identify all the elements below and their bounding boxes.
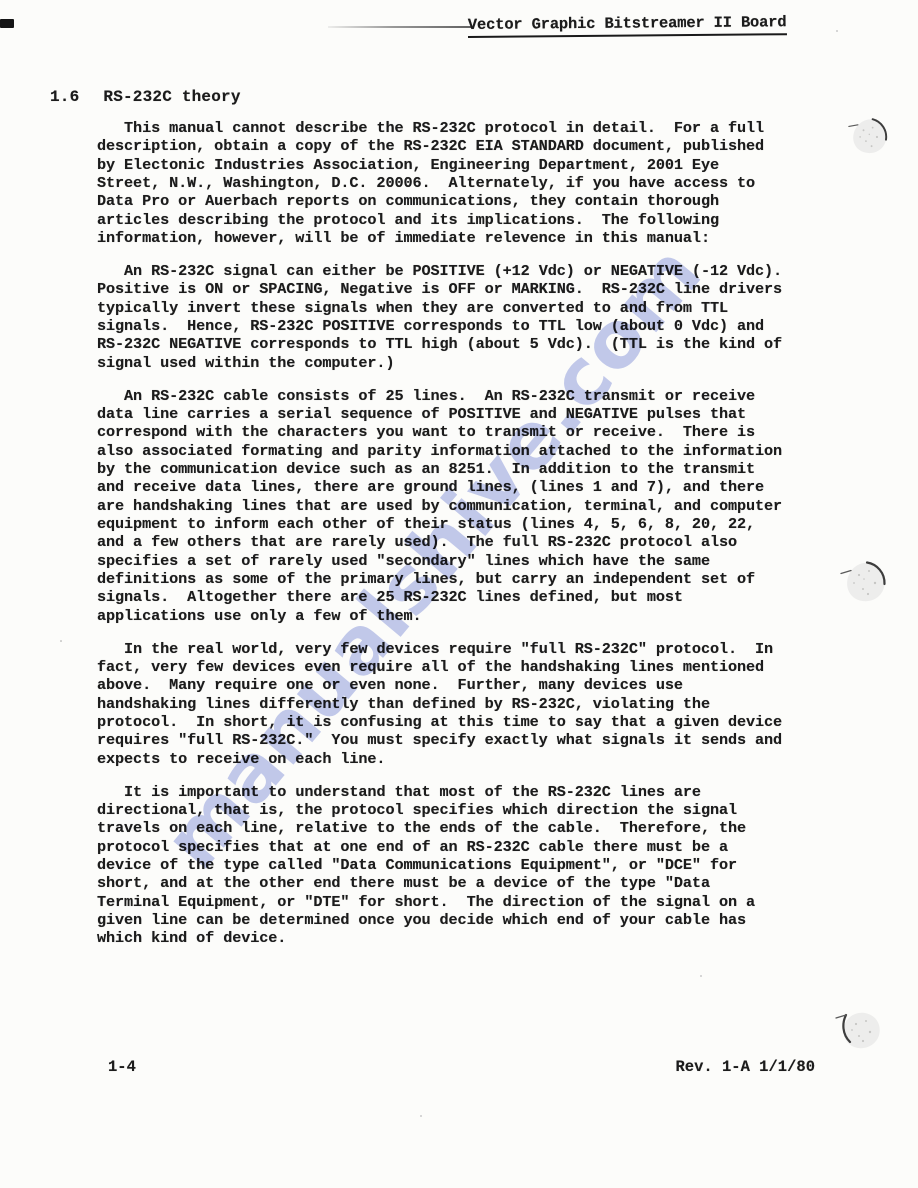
paper-speck bbox=[420, 1115, 422, 1117]
page-footer: 1-4 Rev. 1-A 1/1/80 bbox=[108, 1058, 815, 1076]
scanned-manual-page: Vector Graphic Bitstreamer II Board 1.6R… bbox=[0, 0, 918, 1188]
section-heading: 1.6RS-232C theory bbox=[50, 88, 241, 106]
running-header-title: Vector Graphic Bitstreamer II Board bbox=[468, 13, 787, 38]
revision-date: Rev. 1-A 1/1/80 bbox=[675, 1058, 815, 1076]
paragraph-directional: It is important to understand that most … bbox=[97, 783, 813, 948]
paragraph-real-world: In the real world, very few devices requ… bbox=[97, 640, 813, 768]
punch-hole-mark bbox=[834, 1006, 888, 1056]
paper-speck bbox=[226, 94, 228, 96]
paragraph-intro: This manual cannot describe the RS-232C … bbox=[97, 119, 813, 247]
header-rule-line bbox=[328, 26, 472, 28]
punch-hole-mark bbox=[843, 113, 895, 162]
punch-hole-mark bbox=[838, 558, 892, 608]
paper-speck bbox=[700, 975, 702, 977]
paper-speck bbox=[60, 640, 62, 642]
body-text: This manual cannot describe the RS-232C … bbox=[97, 119, 813, 962]
paragraph-cable-lines: An RS-232C cable consists of 25 lines. A… bbox=[97, 387, 813, 625]
section-title: RS-232C theory bbox=[103, 88, 240, 106]
paper-speck bbox=[836, 30, 838, 32]
paragraph-signal-levels: An RS-232C signal can either be POSITIVE… bbox=[97, 262, 813, 372]
section-number: 1.6 bbox=[50, 88, 79, 106]
page-number: 1-4 bbox=[108, 1058, 136, 1076]
scan-edge-artifact bbox=[0, 19, 14, 28]
